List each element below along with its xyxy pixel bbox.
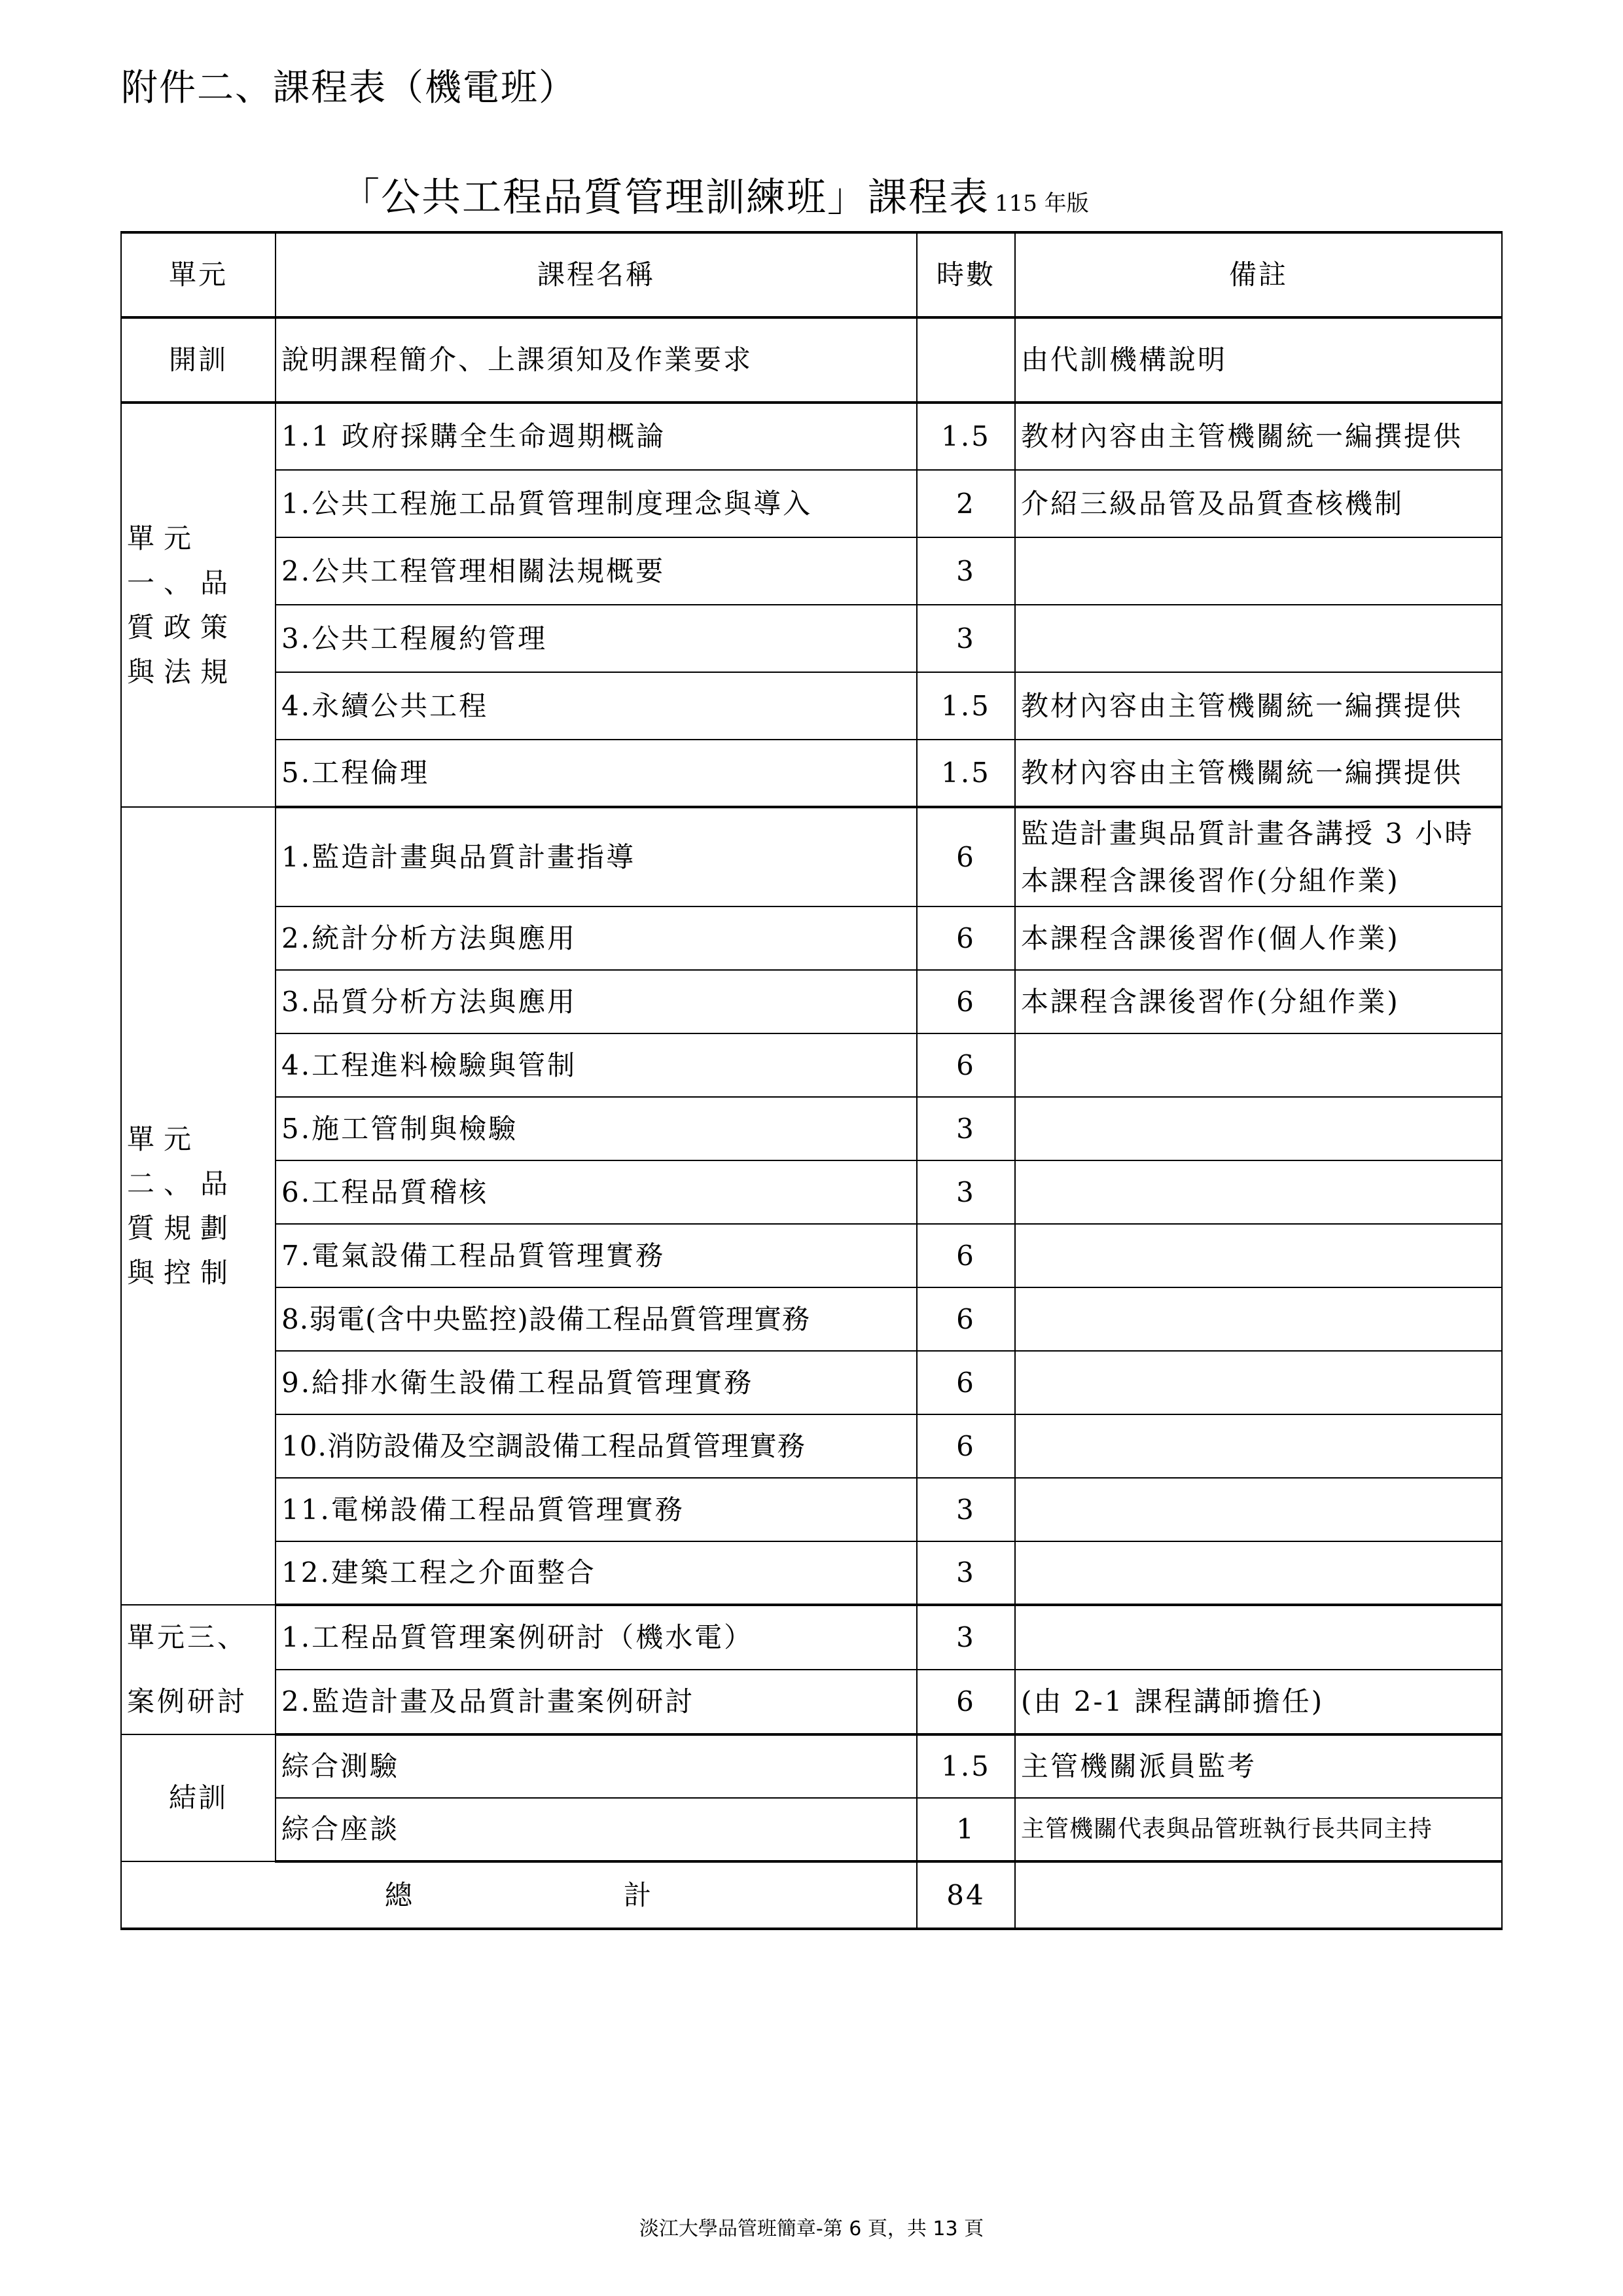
course-name: 3.公共工程履約管理	[276, 605, 917, 672]
course-note: (由 2-1 課程講師擔任)	[1015, 1670, 1502, 1734]
course-hours: 6	[917, 1287, 1015, 1351]
course-note	[1015, 1414, 1502, 1478]
course-note: 本課程含課後習作(分組作業)	[1015, 970, 1502, 1033]
course-hours: 3	[917, 1541, 1015, 1605]
page-title: 「公共工程品質管理訓練班」課程表115 年版	[340, 171, 1089, 230]
course-note	[1015, 1097, 1502, 1160]
total-hours: 84	[917, 1861, 1015, 1929]
course-hours: 6	[917, 1414, 1015, 1478]
course-hours: 1.5	[917, 1734, 1015, 1798]
page-footer: 淡江大學品管班簡章-第 6 頁，共 13 頁	[0, 2212, 1623, 2241]
course-note: 監造計畫與品質計畫各講授 3 小時 本課程含課後習作(分組作業)	[1015, 807, 1502, 906]
table-row: 單元二、品質規劃與控制 1.監造計畫與品質計畫指導 6 監造計畫與品質計畫各講授…	[121, 807, 1502, 906]
main-title-text: 「公共工程品質管理訓練班」課程表	[340, 175, 990, 221]
table-row: 結訓 綜合測驗 1.5 主管機關派員監考	[121, 1734, 1502, 1798]
course-note	[1015, 1033, 1502, 1097]
course-name: 綜合座談	[276, 1798, 917, 1861]
course-hours: 6	[917, 970, 1015, 1033]
course-note: 教材內容由主管機關統一編撰提供	[1015, 740, 1502, 807]
course-name: 2.監造計畫及品質計畫案例研討	[276, 1670, 917, 1734]
table-row: 9.給排水衛生設備工程品質管理實務 6	[121, 1351, 1502, 1414]
course-hours: 3	[917, 1097, 1015, 1160]
course-name: 11.電梯設備工程品質管理實務	[276, 1478, 917, 1541]
course-note	[1015, 1287, 1502, 1351]
course-hours: 1.5	[917, 672, 1015, 740]
course-hours: 3	[917, 605, 1015, 672]
course-note: 主管機關代表與品管班執行長共同主持	[1015, 1798, 1502, 1861]
course-hours: 6	[917, 1670, 1015, 1734]
course-hours: 6	[917, 1033, 1015, 1097]
course-note	[1015, 1351, 1502, 1414]
course-note	[1015, 605, 1502, 672]
course-name: 9.給排水衛生設備工程品質管理實務	[276, 1351, 917, 1414]
table-row-total: 總計 84	[121, 1861, 1502, 1929]
table-row: 12.建築工程之介面整合 3	[121, 1541, 1502, 1605]
course-name: 6.工程品質稽核	[276, 1160, 917, 1224]
course-name: 4.永續公共工程	[276, 672, 917, 740]
course-table: 單元 課程名稱 時數 備註 開訓 說明課程簡介、上課須知及作業要求 由代訓機構說…	[120, 231, 1503, 1930]
table-row: 1.公共工程施工品質管理制度理念與導入 2 介紹三級品管及品質查核機制	[121, 470, 1502, 537]
edition-label: 115 年版	[995, 190, 1089, 217]
unit2-label: 單元二、品質規劃與控制	[121, 807, 276, 1605]
course-note: 教材內容由主管機關統一編撰提供	[1015, 672, 1502, 740]
table-row: 5.工程倫理 1.5 教材內容由主管機關統一編撰提供	[121, 740, 1502, 807]
course-note-line1: 監造計畫與品質計畫各講授 3 小時	[1021, 816, 1496, 852]
unit1-label: 單元一、品質政策與法規	[121, 403, 276, 807]
course-hours: 6	[917, 1351, 1015, 1414]
attachment-title: 附件二、課程表（機電班）	[121, 65, 577, 111]
course-name: 2.統計分析方法與應用	[276, 906, 917, 970]
total-label-left: 總	[385, 1878, 414, 1913]
course-name: 2.公共工程管理相關法規概要	[276, 537, 917, 605]
course-note-line2: 本課程含課後習作(分組作業)	[1021, 863, 1496, 899]
table-row-opening: 開訓 說明課程簡介、上課須知及作業要求 由代訓機構說明	[121, 317, 1502, 403]
course-note	[1015, 1605, 1502, 1670]
course-note	[1015, 1478, 1502, 1541]
table-row: 2.監造計畫及品質計畫案例研討 6 (由 2-1 課程講師擔任)	[121, 1670, 1502, 1734]
table-row: 4.工程進料檢驗與管制 6	[121, 1033, 1502, 1097]
course-hours: 3	[917, 1478, 1015, 1541]
course-name: 10.消防設備及空調設備工程品質管理實務	[276, 1414, 917, 1478]
course-hours: 2	[917, 470, 1015, 537]
table-row: 5.施工管制與檢驗 3	[121, 1097, 1502, 1160]
course-hours: 3	[917, 537, 1015, 605]
course-name: 3.品質分析方法與應用	[276, 970, 917, 1033]
course-hours: 1.5	[917, 740, 1015, 807]
table-row: 2.公共工程管理相關法規概要 3	[121, 537, 1502, 605]
total-label: 總計	[121, 1861, 917, 1929]
header-hours: 時數	[917, 232, 1015, 317]
course-name: 8.弱電(含中央監控)設備工程品質管理實務	[276, 1287, 917, 1351]
course-note	[1015, 1224, 1502, 1287]
course-note: 介紹三級品管及品質查核機制	[1015, 470, 1502, 537]
course-hours: 6	[917, 906, 1015, 970]
total-label-right: 計	[624, 1878, 653, 1913]
table-row: 單元三、案例研討 1.工程品質管理案例研討（機水電） 3	[121, 1605, 1502, 1670]
course-hours: 3	[917, 1160, 1015, 1224]
course-note	[1015, 1541, 1502, 1605]
course-hours: 3	[917, 1605, 1015, 1670]
table-row: 7.電氣設備工程品質管理實務 6	[121, 1224, 1502, 1287]
unit3-label: 單元三、案例研討	[121, 1605, 276, 1734]
course-hours: 1.5	[917, 403, 1015, 470]
table-row: 10.消防設備及空調設備工程品質管理實務 6	[121, 1414, 1502, 1478]
course-name: 12.建築工程之介面整合	[276, 1541, 917, 1605]
table-row: 11.電梯設備工程品質管理實務 3	[121, 1478, 1502, 1541]
course-note: 主管機關派員監考	[1015, 1734, 1502, 1798]
unit-closing: 結訓	[121, 1734, 276, 1861]
course-name: 說明課程簡介、上課須知及作業要求	[276, 317, 917, 403]
course-name: 1.工程品質管理案例研討（機水電）	[276, 1605, 917, 1670]
course-name: 4.工程進料檢驗與管制	[276, 1033, 917, 1097]
course-name: 5.工程倫理	[276, 740, 917, 807]
course-note	[1015, 537, 1502, 605]
course-hours	[917, 317, 1015, 403]
course-note: 本課程含課後習作(個人作業)	[1015, 906, 1502, 970]
unit-opening: 開訓	[121, 317, 276, 403]
table-row: 8.弱電(含中央監控)設備工程品質管理實務 6	[121, 1287, 1502, 1351]
course-hours: 6	[917, 807, 1015, 906]
course-name: 1.監造計畫與品質計畫指導	[276, 807, 917, 906]
table-row: 4.永續公共工程 1.5 教材內容由主管機關統一編撰提供	[121, 672, 1502, 740]
course-hours: 6	[917, 1224, 1015, 1287]
total-note	[1015, 1861, 1502, 1929]
table-row: 綜合座談 1 主管機關代表與品管班執行長共同主持	[121, 1798, 1502, 1861]
table-row: 6.工程品質稽核 3	[121, 1160, 1502, 1224]
course-note: 由代訓機構說明	[1015, 317, 1502, 403]
table-row: 3.品質分析方法與應用 6 本課程含課後習作(分組作業)	[121, 970, 1502, 1033]
table-header-row: 單元 課程名稱 時數 備註	[121, 232, 1502, 317]
course-name: 1.1 政府採購全生命週期概論	[276, 403, 917, 470]
course-hours: 1	[917, 1798, 1015, 1861]
course-name: 7.電氣設備工程品質管理實務	[276, 1224, 917, 1287]
table-row: 3.公共工程履約管理 3	[121, 605, 1502, 672]
header-unit: 單元	[121, 232, 276, 317]
course-name: 綜合測驗	[276, 1734, 917, 1798]
table-row: 2.統計分析方法與應用 6 本課程含課後習作(個人作業)	[121, 906, 1502, 970]
header-note: 備註	[1015, 232, 1502, 317]
course-name: 1.公共工程施工品質管理制度理念與導入	[276, 470, 917, 537]
course-note: 教材內容由主管機關統一編撰提供	[1015, 403, 1502, 470]
course-name: 5.施工管制與檢驗	[276, 1097, 917, 1160]
course-note	[1015, 1160, 1502, 1224]
table-row: 單元一、品質政策與法規 1.1 政府採購全生命週期概論 1.5 教材內容由主管機…	[121, 403, 1502, 470]
header-course: 課程名稱	[276, 232, 917, 317]
